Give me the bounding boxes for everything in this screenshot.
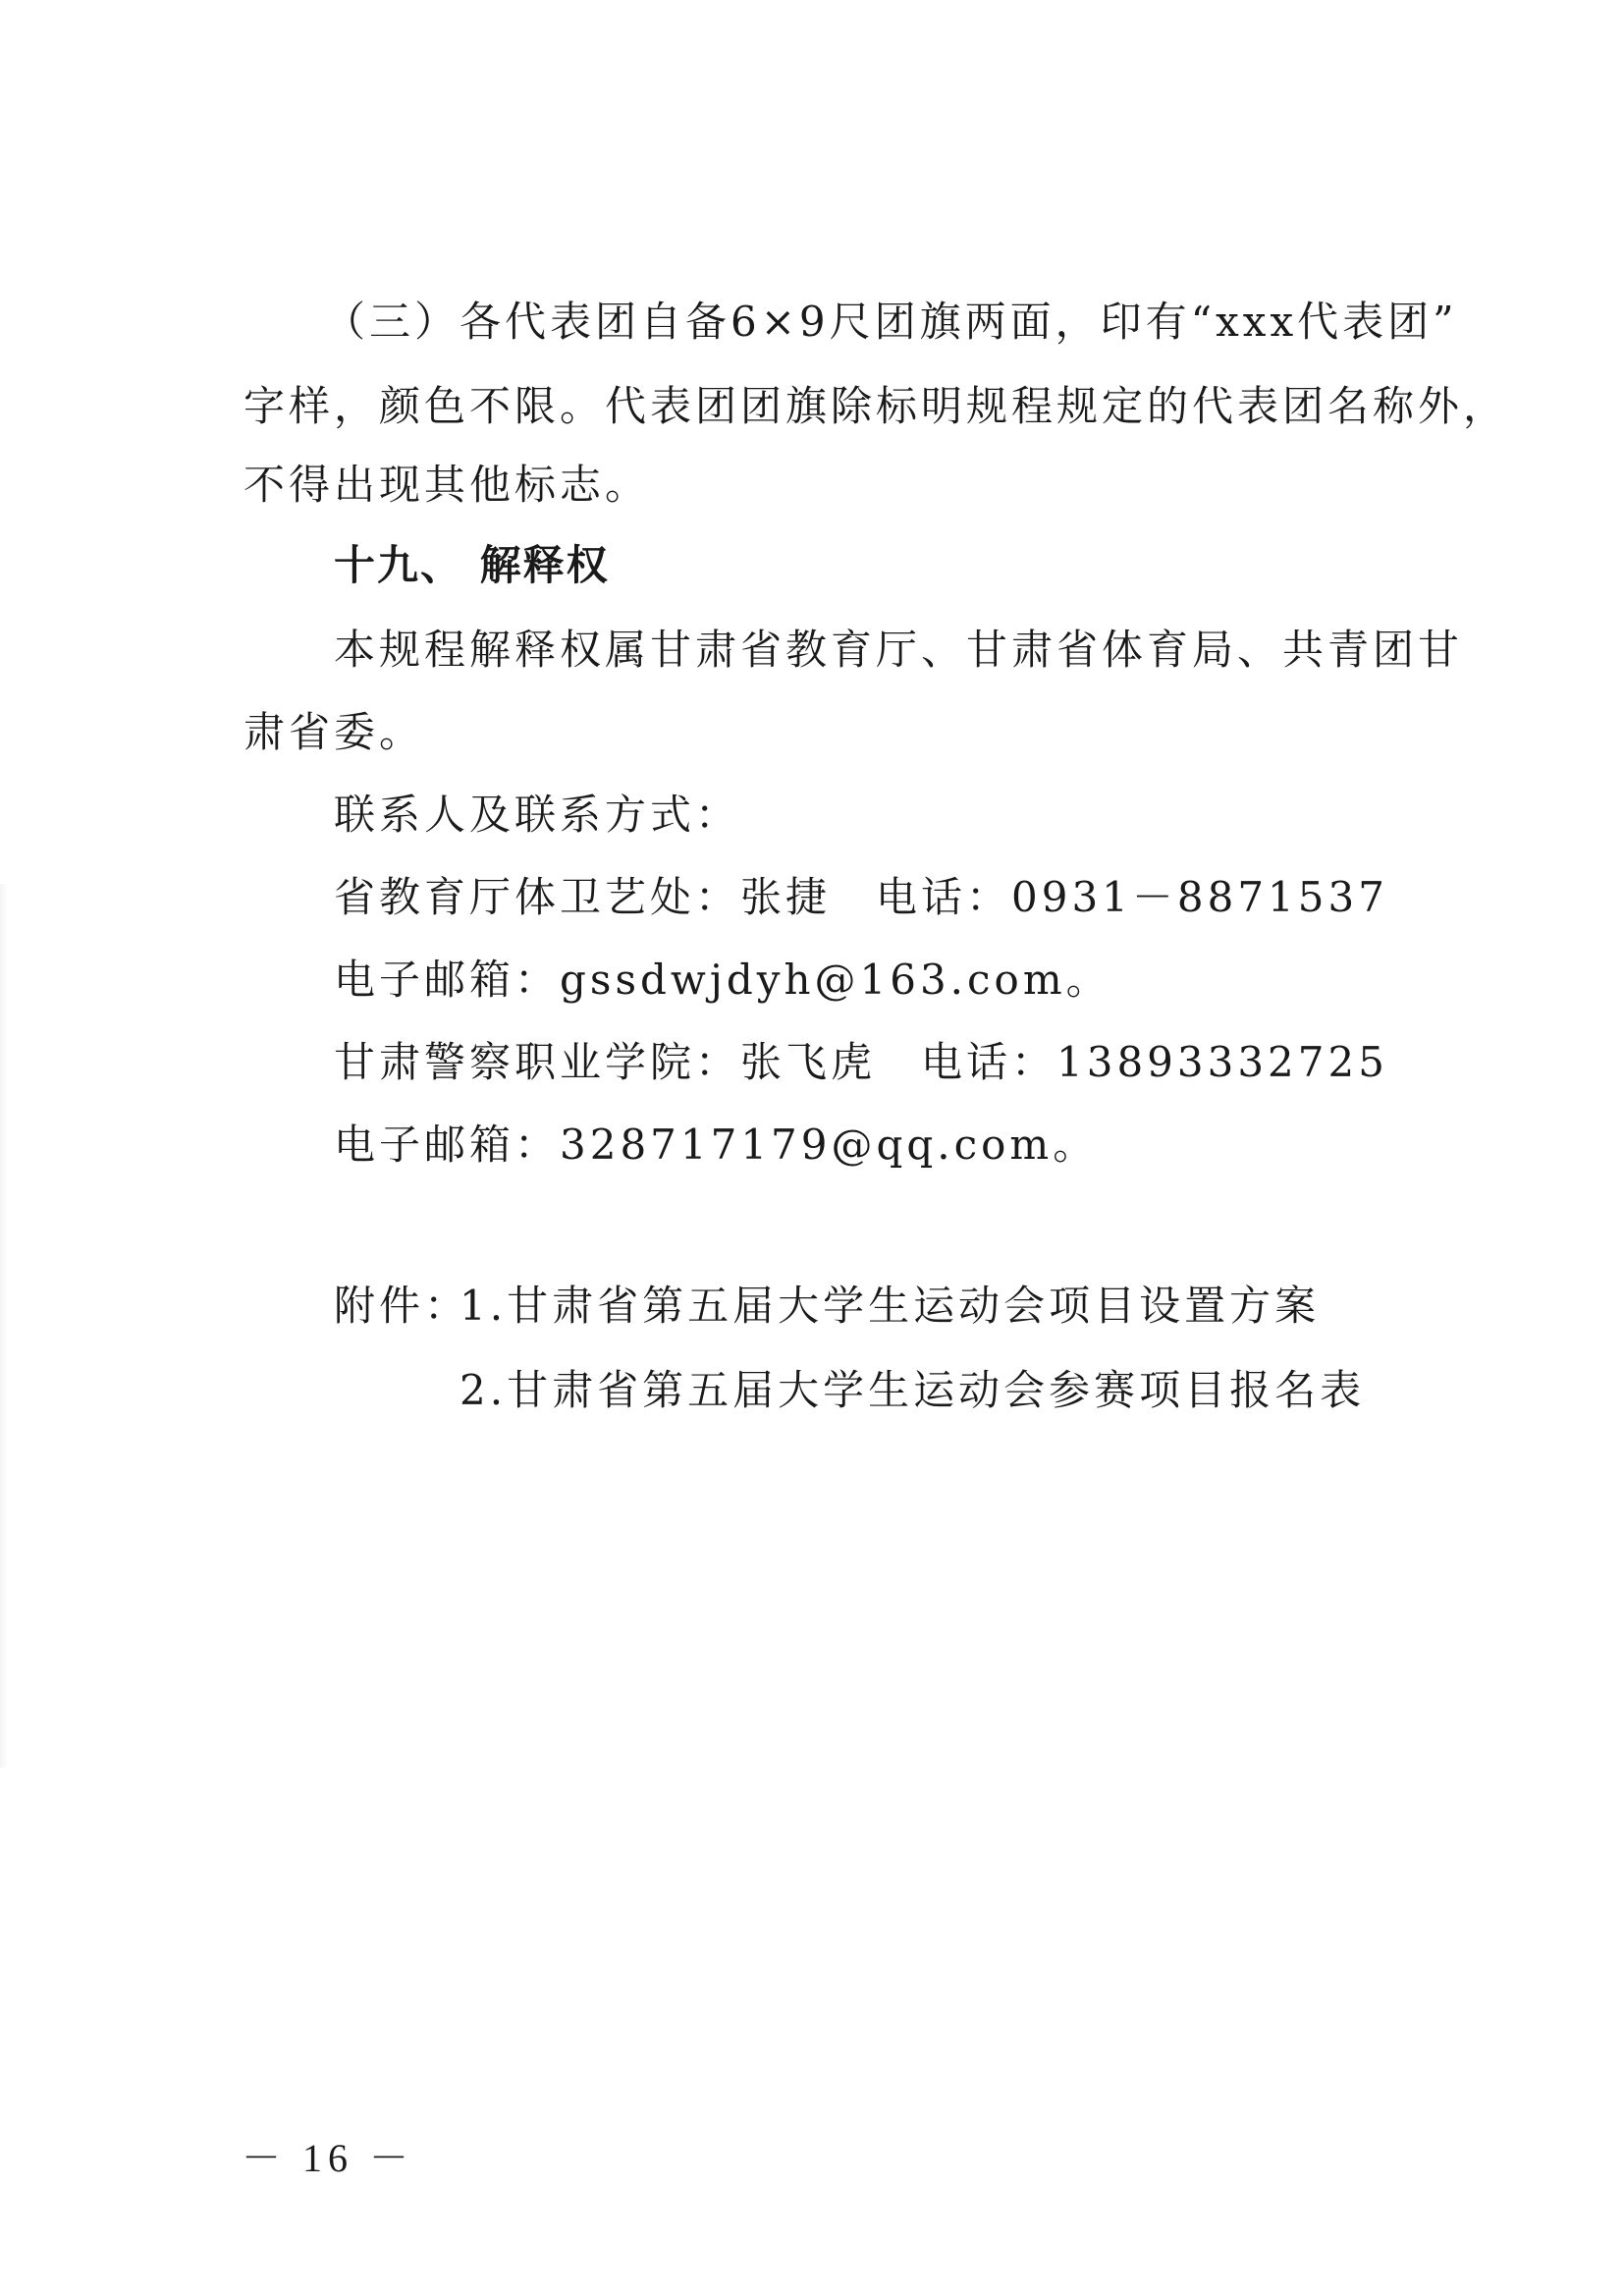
flag-rule-line-1: （三）各代表团自备6×9尺团旗两面，印有“xxx代表团” [324,293,1414,352]
contact-1-phone: 省教育厅体卫艺处：张捷 电话：0931－8871537 [334,868,1388,927]
contacts-title: 联系人及联系方式： [334,786,740,845]
section-19-heading: 十九、 解释权 [334,536,610,595]
attachment-item-2: 2.甘肃省第五届大学生运动会参赛项目报名表 [460,1361,1365,1420]
section-19-body-line-1: 本规程解释权属甘肃省教育厅、甘肃省体育局、共青团甘 [334,621,1414,680]
attachments-label: 附件： [334,1277,469,1336]
contact-2-phone: 甘肃警察职业学院：张飞虎 电话：13893332725 [334,1033,1388,1092]
scan-edge-shadow [0,884,8,1768]
page-number: － 16 － [242,2129,414,2188]
attachment-item-1: 1.甘肃省第五届大学生运动会项目设置方案 [460,1277,1320,1336]
flag-rule-line-2: 字样，颜色不限。代表团团旗除标明规程规定的代表团名称外， [243,377,1414,436]
document-page: （三）各代表团自备6×9尺团旗两面，印有“xxx代表团” 字样，颜色不限。代表团… [0,0,1623,2296]
contact-1-email: 电子邮箱：gssdwjdyh@163.com。 [334,951,1111,1010]
section-19-body-line-2: 肃省委。 [243,703,424,762]
flag-rule-line-3: 不得出现其他标志。 [243,456,650,515]
contact-2-email: 电子邮箱：328717179@qq.com。 [334,1116,1098,1175]
